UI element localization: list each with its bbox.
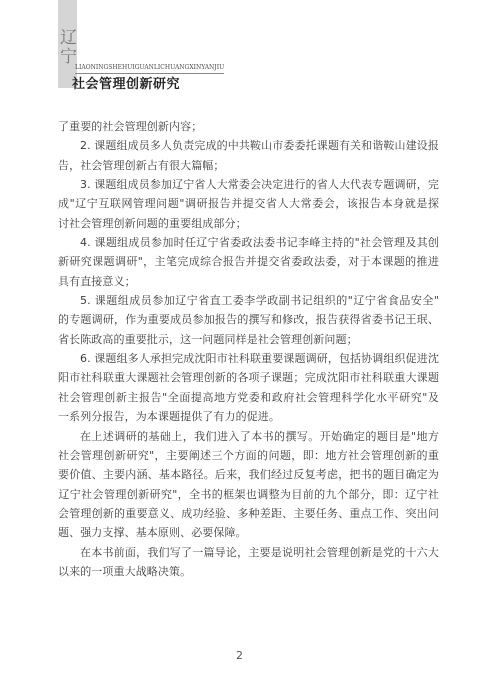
text-line: 2. 课题组成员多人负责完成的中共鞍山市委委托课题有关和谐鞍山建设报 — [58, 136, 439, 155]
text-line: 阳市社科联重大课题社会管理创新的各项子课题；完成沈阳市社科联重大课题 — [58, 368, 439, 387]
text-line: 社会管理创新研究"，主要阐述三个方面的问题，即：地方社会管理创新的重 — [58, 446, 439, 465]
text-line: 5. 课题组成员参加辽宁省直工委李学政副书记组织的"辽宁省食品安全" — [58, 291, 439, 310]
logo-vertical-text: 辽 宁 — [58, 29, 79, 67]
text-line: 具有直接意义； — [58, 272, 439, 291]
body-text: 了重要的社会管理创新内容；2. 课题组成员多人负责完成的中共鞍山市委委托课题有关… — [58, 117, 439, 581]
text-line: 省长陈政高的重要批示，这一问题同样是社会管理创新问题； — [58, 330, 439, 349]
text-line: 了重要的社会管理创新内容； — [58, 117, 439, 136]
text-line: "辽宁社会管理创新研究"，全书的框架也调整为目前的九个部分，即：辽宁社 — [58, 485, 439, 504]
text-line: 4. 课题组成员参加时任辽宁省委政法委书记李峰主持的"社会管理及其创 — [58, 233, 439, 252]
text-line: 成"辽宁互联网管理问题"调研报告并提交省人大常委会，该报告本身就是探 — [58, 194, 439, 213]
text-line: 6. 课题组多人承担完成沈阳市社科联重要课题调研，包括协调组织促进沈 — [58, 349, 439, 368]
text-line: 告，社会管理创新占有很大篇幅； — [58, 156, 439, 175]
book-page: 辽 宁 LIAONINGSHEHUIGUANLICHUANGXINYANJIU … — [0, 0, 499, 698]
text-line: 社会管理创新主报告"全面提高地方党委和政府社会管理科学化水平研究"及 — [58, 388, 439, 407]
text-line: 要价值、主要内涵、基本路径。后来，我们经过反复考虑，把书的题目确定为 — [58, 465, 439, 484]
text-line: 题、强力支撑、基本原则、必要保障。 — [58, 523, 439, 542]
text-line: 在本书前面，我们写了一篇导论，主要是说明社会管理创新是党的十六大 — [58, 543, 439, 562]
text-line: 在上述调研的基础上，我们进入了本书的撰写。开始确定的题目是"地方 — [58, 427, 439, 446]
text-line: 以来的一项重大战略决策。 — [58, 562, 439, 581]
text-line: 3. 课题组成员参加辽宁省人大常委会决定进行的省人大代表专题调研，完 — [58, 175, 439, 194]
page-number: 2 — [58, 649, 421, 662]
text-line: 会管理创新的重要意义、成功经验、多种差距、主要任务、重点工作、突出问 — [58, 504, 439, 523]
text-line: 的专题调研，作为重要成员参加报告的撰写和修改，报告获得省委书记王珉、 — [58, 310, 439, 329]
text-line: 一系列分报告，为本课题提供了有力的促进。 — [58, 407, 439, 426]
text-line: 新研究课题调研"，主笔完成综合报告并提交省委政法委，对于本课题的推进 — [58, 252, 439, 271]
logo-char-liao: 辽 — [58, 29, 79, 48]
logo-title: 社会管理创新研究 — [72, 73, 180, 92]
text-line: 讨社会管理创新问题的重要组成部分； — [58, 214, 439, 233]
